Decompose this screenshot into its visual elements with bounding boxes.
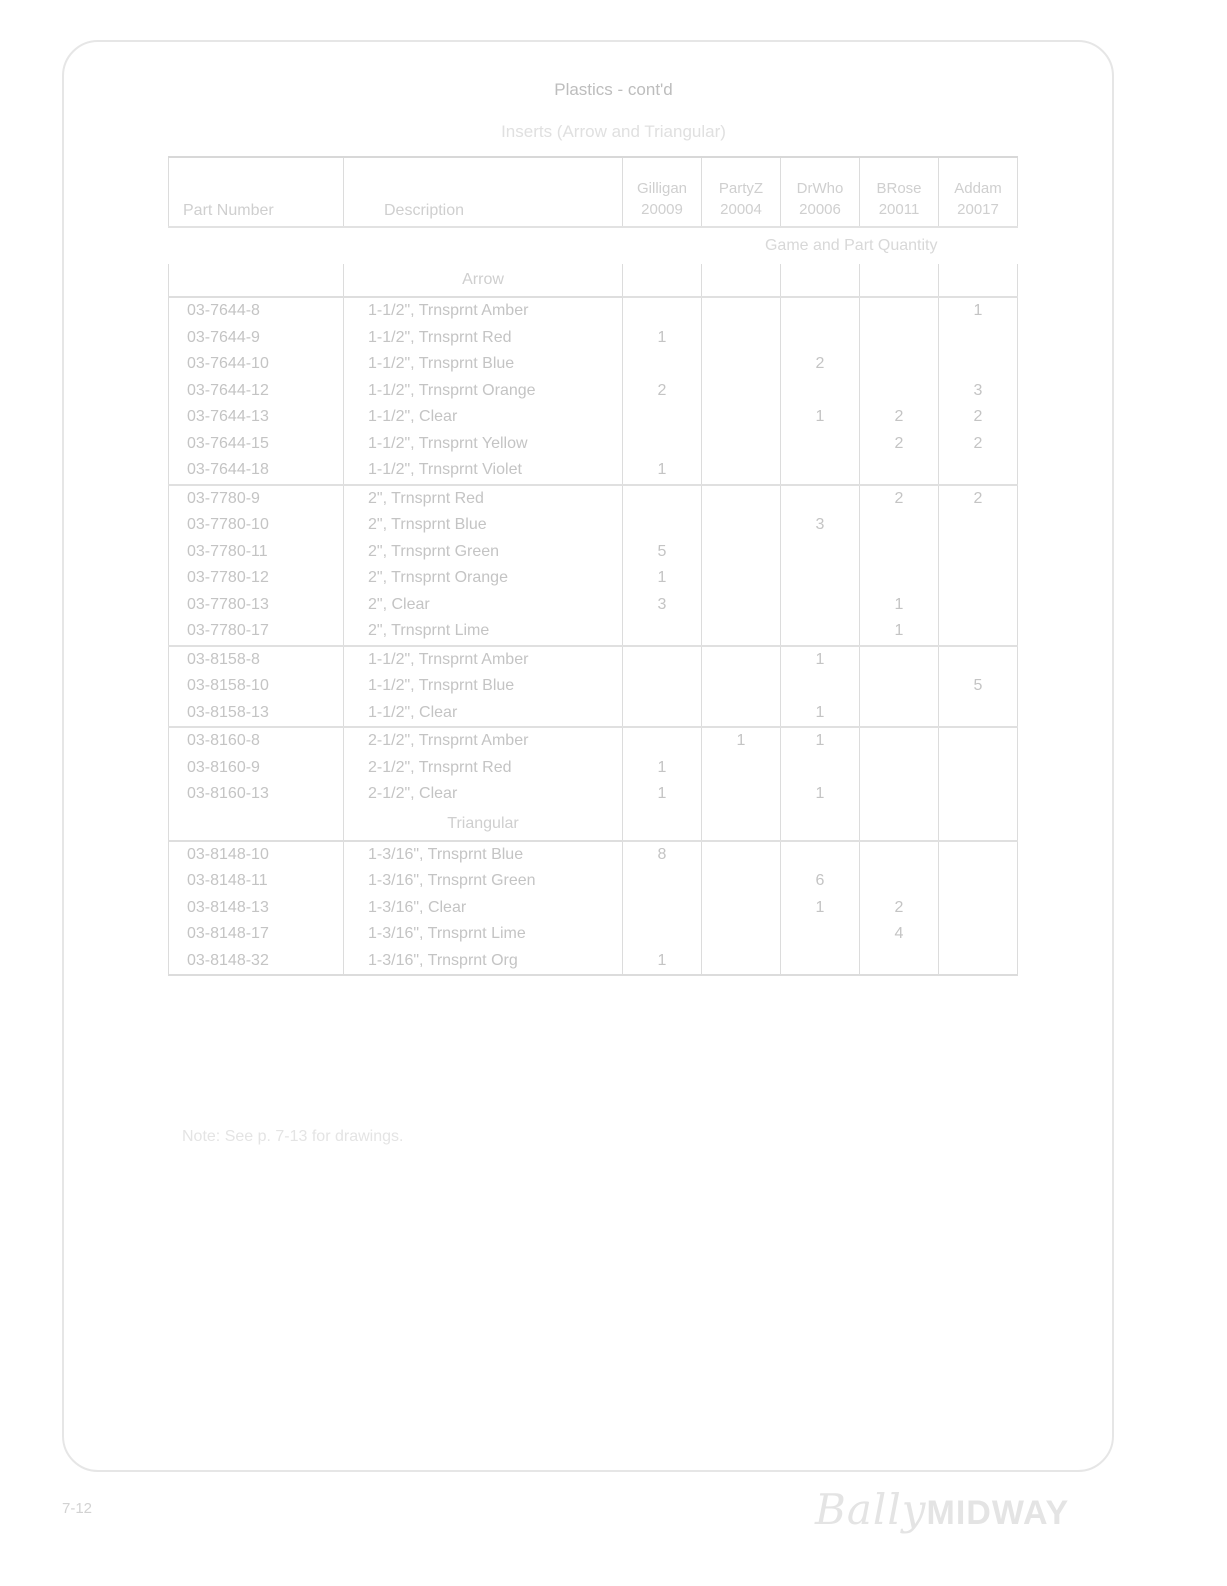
quantity-cell: 3 [781,512,860,539]
quantity-cell [939,565,1018,592]
quantity-cell [702,512,781,539]
part-description: 1-3/16", Trnsprnt Org [344,948,623,976]
part-description: 1-1/2", Trnsprnt Orange [344,378,623,405]
header-game: Addam20017 [939,157,1018,227]
part-number: 03-7644-18 [169,457,344,485]
quantity-cell [702,673,781,700]
part-description: 2", Trnsprnt Lime [344,618,623,646]
quantity-cell: 2 [860,404,939,431]
quantity-cell [939,868,1018,895]
table-row: 03-7644-121-1/2", Trnsprnt Orange23 [169,378,1018,405]
table-row: 03-7780-132", Clear31 [169,592,1018,619]
quantity-cell [702,781,781,808]
quantity-cell [702,841,781,869]
part-number: 03-8148-32 [169,948,344,976]
quantity-cell [939,592,1018,619]
quantity-cell [781,673,860,700]
quantity-cell: 2 [860,895,939,922]
section-header: Triangular [169,808,1018,841]
part-number: 03-8160-8 [169,727,344,755]
quantity-cell: 1 [781,404,860,431]
quantity-cell [860,841,939,869]
header-row: Part Number Description Gilligan20009 Pa… [169,157,1018,227]
part-description: 1-1/2", Trnsprnt Amber [344,297,623,325]
quantity-cell [623,646,702,674]
quantity-cell: 1 [781,895,860,922]
part-description: 1-1/2", Clear [344,700,623,728]
quantity-cell [623,351,702,378]
quantity-cell [702,700,781,728]
table-row: 03-7644-151-1/2", Trnsprnt Yellow22 [169,431,1018,458]
quantity-cell [860,457,939,485]
quantity-cell: 2 [781,351,860,378]
part-number: 03-7780-17 [169,618,344,646]
quantity-cell [623,895,702,922]
quantity-cell: 2 [860,431,939,458]
quantity-cell: 5 [623,539,702,566]
part-description: 1-3/16", Trnsprnt Lime [344,921,623,948]
quantity-cell: 4 [860,921,939,948]
quantity-cell [781,325,860,352]
part-group: 03-7644-81-1/2", Trnsprnt Amber103-7644-… [169,297,1018,485]
page-title: Plastics - cont'd [0,80,1227,100]
quantity-cell [702,378,781,405]
table-row: 03-8160-132-1/2", Clear11 [169,781,1018,808]
table-row: 03-8148-131-3/16", Clear12 [169,895,1018,922]
quantity-cell [702,948,781,976]
quantity-cell [860,727,939,755]
part-description: 2", Trnsprnt Red [344,485,623,513]
part-description: 2", Clear [344,592,623,619]
quantity-cell: 1 [860,618,939,646]
part-description: 2", Trnsprnt Orange [344,565,623,592]
quantity-cell: 8 [623,841,702,869]
part-number: 03-8160-9 [169,755,344,782]
quantity-cell: 1 [623,755,702,782]
part-group: 03-8158-81-1/2", Trnsprnt Amber103-8158-… [169,646,1018,728]
quantity-cell [702,646,781,674]
part-number: 03-8160-13 [169,781,344,808]
quantity-cell [939,755,1018,782]
part-number: 03-7644-13 [169,404,344,431]
quantity-cell [623,404,702,431]
quantity-cell [623,727,702,755]
quantity-cell [623,673,702,700]
part-description: 1-1/2", Trnsprnt Violet [344,457,623,485]
quantity-cell [781,948,860,976]
quantity-cell [702,592,781,619]
quantity-cell [702,297,781,325]
table-row: 03-8160-92-1/2", Trnsprnt Red1 [169,755,1018,782]
part-number: 03-7780-10 [169,512,344,539]
part-number: 03-7644-12 [169,378,344,405]
quantity-cell [781,565,860,592]
quantity-cell: 1 [623,325,702,352]
part-number: 03-7644-8 [169,297,344,325]
quantity-cell [860,325,939,352]
quantity-cell [702,755,781,782]
quantity-cell [860,781,939,808]
section-label: Arrow [344,264,623,297]
quantity-cell [860,378,939,405]
quantity-cell [781,378,860,405]
quantity-cell: 3 [623,592,702,619]
quantity-cell: 1 [623,948,702,976]
part-description: 2-1/2", Trnsprnt Red [344,755,623,782]
quantity-cell [702,895,781,922]
table-row: 03-7780-92", Trnsprnt Red22 [169,485,1018,513]
quantity-cell [623,700,702,728]
quantity-cell: 1 [939,297,1018,325]
quantity-cell: 1 [781,700,860,728]
quantity-cell: 2 [939,431,1018,458]
part-description: 1-3/16", Trnsprnt Green [344,868,623,895]
quantity-cell: 1 [623,457,702,485]
quantity-cell [860,351,939,378]
part-description: 1-3/16", Clear [344,895,623,922]
table-row: 03-8160-82-1/2", Trnsprnt Amber11 [169,727,1018,755]
table-row: 03-8158-101-1/2", Trnsprnt Blue5 [169,673,1018,700]
quantity-cell: 1 [623,565,702,592]
header-part-number: Part Number [169,157,344,227]
page-subtitle: Inserts (Arrow and Triangular) [0,122,1227,142]
part-description: 1-1/2", Trnsprnt Blue [344,351,623,378]
quantity-cell [781,297,860,325]
part-number: 03-8148-17 [169,921,344,948]
quantity-cell [781,539,860,566]
quantity-cell [702,868,781,895]
table-row: 03-8148-171-3/16", Trnsprnt Lime4 [169,921,1018,948]
part-description: 2-1/2", Trnsprnt Amber [344,727,623,755]
quantity-cell: 1 [781,646,860,674]
quantity-cell [939,700,1018,728]
quantity-cell [623,512,702,539]
quantity-cell: 2 [939,485,1018,513]
section-label: Triangular [344,808,623,841]
bally-midway-logo: BallyMIDWAY [815,1485,1069,1534]
part-number: 03-7780-12 [169,565,344,592]
part-number: 03-8148-13 [169,895,344,922]
header-game: Gilligan20009 [623,157,702,227]
part-number: 03-8148-11 [169,868,344,895]
table-row: 03-8148-101-3/16", Trnsprnt Blue8 [169,841,1018,869]
part-description: 1-1/2", Trnsprnt Red [344,325,623,352]
quantity-cell [702,618,781,646]
part-number: 03-7644-9 [169,325,344,352]
table-row: 03-8148-111-3/16", Trnsprnt Green6 [169,868,1018,895]
quantity-cell [781,457,860,485]
quantity-cell [860,868,939,895]
part-number: 03-7644-15 [169,431,344,458]
drawing-note: Note: See p. 7-13 for drawings. [182,1128,403,1146]
part-number: 03-7780-9 [169,485,344,513]
table-row: 03-7780-102", Trnsprnt Blue3 [169,512,1018,539]
table-row: 03-7780-122", Trnsprnt Orange1 [169,565,1018,592]
quantity-cell [702,404,781,431]
table-row: 03-7644-181-1/2", Trnsprnt Violet1 [169,457,1018,485]
quantity-cell [939,539,1018,566]
quantity-cell [939,727,1018,755]
part-description: 1-1/2", Trnsprnt Amber [344,646,623,674]
quantity-cell: 1 [781,727,860,755]
header-game: PartyZ20004 [702,157,781,227]
part-number: 03-8158-13 [169,700,344,728]
part-description: 1-1/2", Trnsprnt Blue [344,673,623,700]
quantity-cell [702,539,781,566]
table-row: 03-8158-131-1/2", Clear1 [169,700,1018,728]
quantity-cell [939,921,1018,948]
part-number: 03-8158-10 [169,673,344,700]
header-game: BRose20011 [860,157,939,227]
part-number: 03-8158-8 [169,646,344,674]
quantity-cell [860,755,939,782]
quantity-cell [623,618,702,646]
quantity-cell [939,781,1018,808]
part-number: 03-8148-10 [169,841,344,869]
quantity-cell: 1 [702,727,781,755]
section-header: Arrow [169,264,1018,297]
quantity-label-row: Game and Part Quantity [169,227,1018,264]
quantity-cell [939,618,1018,646]
quantity-cell [939,325,1018,352]
quantity-cell [781,921,860,948]
quantity-cell [860,948,939,976]
part-description: 2-1/2", Clear [344,781,623,808]
quantity-cell: 1 [860,592,939,619]
quantity-cell [860,673,939,700]
quantity-cell [623,431,702,458]
part-description: 1-1/2", Trnsprnt Yellow [344,431,623,458]
quantity-cell [860,646,939,674]
quantity-cell: 3 [939,378,1018,405]
part-description: 1-1/2", Clear [344,404,623,431]
quantity-cell [781,841,860,869]
part-number: 03-7780-13 [169,592,344,619]
quantity-cell [860,565,939,592]
quantity-cell [939,457,1018,485]
part-number: 03-7644-10 [169,351,344,378]
quantity-cell: 2 [860,485,939,513]
page-number: 7-12 [62,1500,92,1517]
part-description: 2", Trnsprnt Green [344,539,623,566]
quantity-cell [623,485,702,513]
quantity-cell: 2 [623,378,702,405]
quantity-cell [781,592,860,619]
quantity-cell: 6 [781,868,860,895]
quantity-cell [860,539,939,566]
quantity-cell [781,431,860,458]
part-description: 2", Trnsprnt Blue [344,512,623,539]
table-row: 03-8148-321-3/16", Trnsprnt Org1 [169,948,1018,976]
quantity-cell [860,297,939,325]
quantity-cell [860,512,939,539]
quantity-cell [702,565,781,592]
quantity-cell [939,512,1018,539]
header-game: DrWho20006 [781,157,860,227]
quantity-cell: 5 [939,673,1018,700]
quantity-cell: 1 [781,781,860,808]
parts-table: Part Number Description Gilligan20009 Pa… [168,156,1018,976]
part-group: 03-8160-82-1/2", Trnsprnt Amber1103-8160… [169,727,1018,808]
table-row: 03-8158-81-1/2", Trnsprnt Amber1 [169,646,1018,674]
quantity-cell [623,921,702,948]
quantity-cell [623,297,702,325]
quantity-cell: 1 [623,781,702,808]
quantity-cell [702,457,781,485]
quantity-cell [939,895,1018,922]
table-row: 03-7780-172", Trnsprnt Lime1 [169,618,1018,646]
table-row: 03-7644-91-1/2", Trnsprnt Red1 [169,325,1018,352]
quantity-cell [939,646,1018,674]
table-row: 03-7644-101-1/2", Trnsprnt Blue2 [169,351,1018,378]
quantity-cell: 2 [939,404,1018,431]
quantity-label: Game and Part Quantity [169,227,1018,264]
quantity-cell [702,921,781,948]
quantity-cell [781,618,860,646]
header-description: Description [344,157,623,227]
table-row: 03-7644-131-1/2", Clear122 [169,404,1018,431]
part-group: 03-7780-92", Trnsprnt Red2203-7780-102",… [169,485,1018,646]
part-description: 1-3/16", Trnsprnt Blue [344,841,623,869]
quantity-cell [623,868,702,895]
quantity-cell [781,755,860,782]
part-group: 03-8148-101-3/16", Trnsprnt Blue803-8148… [169,841,1018,976]
quantity-cell [702,431,781,458]
quantity-cell [702,485,781,513]
quantity-cell [939,841,1018,869]
quantity-cell [702,351,781,378]
quantity-cell [781,485,860,513]
quantity-cell [939,351,1018,378]
part-number: 03-7780-11 [169,539,344,566]
quantity-cell [702,325,781,352]
quantity-cell [939,948,1018,976]
table-row: 03-7780-112", Trnsprnt Green5 [169,539,1018,566]
quantity-cell [860,700,939,728]
table-row: 03-7644-81-1/2", Trnsprnt Amber1 [169,297,1018,325]
